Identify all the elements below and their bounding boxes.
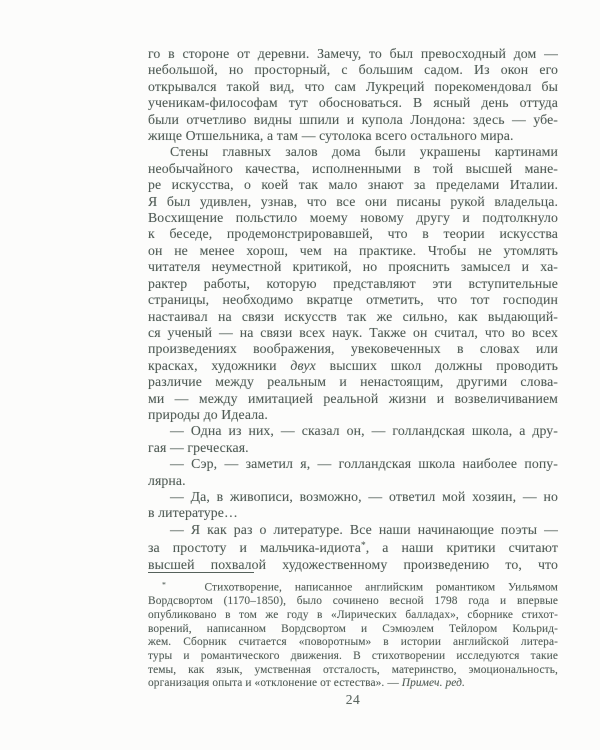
paragraph: — Одна из них, — сказал он, — голландска…: [148, 423, 558, 456]
paragraph: — Я как раз о литературе. Все наши начин…: [148, 522, 558, 573]
text-line: необычайного качества, исполненными в то…: [148, 161, 558, 177]
text-line: к беседе, продемонстрировавшей, что в те…: [148, 226, 558, 242]
text-line: в литературе…: [148, 505, 558, 521]
text-line: жище Отшельника, а там — сутолока всего …: [148, 128, 558, 144]
text-line: красках, художники двух высших школ долж…: [148, 358, 558, 374]
text-line: гая — греческая.: [148, 440, 558, 456]
paragraph: — Да, в живописи, возможно, — ответил мо…: [148, 489, 558, 522]
text-line: ре искусства, о коей так мало знают за п…: [148, 177, 558, 193]
text-line: Восхищение польстило моему новому другу …: [148, 210, 558, 226]
paragraph: го в стороне от деревни. Замечу, то был …: [148, 46, 558, 144]
text-line: настаивал на связи искусств так же сильн…: [148, 309, 558, 325]
paragraph: Стены главных залов дома были украшены к…: [148, 144, 558, 423]
text-line: — Сэр, — заметил я, — голландская школа …: [148, 456, 558, 472]
text-line: опубликовано в том же году в «Лирических…: [148, 609, 558, 623]
text-line: ми — между имитацией реальной жизни и во…: [148, 391, 558, 407]
text-line: го в стороне от деревни. Замечу, то был …: [148, 46, 558, 62]
footnote-separator-rule: [148, 572, 254, 573]
book-page: го в стороне от деревни. Замечу, то был …: [0, 0, 600, 750]
text-line: читателя неуместной критикой, но проясни…: [148, 259, 558, 275]
text-line: высшей похвалой художественному произвед…: [148, 557, 558, 573]
text-line: произведениях воображения, увековеченных…: [148, 341, 558, 357]
text-line: небольшой, но просторный, с большим садо…: [148, 62, 558, 78]
text-line: Вордсвортом (1170–1850), было сочинено в…: [148, 595, 558, 609]
text-line: Стены главных залов дома были украшены к…: [148, 144, 558, 160]
text-line: ворений, написанном Вордсвортом и Сэмюэл…: [148, 623, 558, 637]
text-line: ся ученый — на связи всех наук. Также он…: [148, 325, 558, 341]
text-line: открывался такой вид, что сам Лукреций п…: [148, 79, 558, 95]
page-number: 24: [148, 692, 558, 708]
text-line: Я был удивлен, узнав, что все они писаны…: [148, 194, 558, 210]
text-line: он не менее хорош, чем на практике. Чтоб…: [148, 243, 558, 259]
text-line: туры и романтического движения. В стихот…: [148, 650, 558, 664]
footnote: * Стихотворение, написанное английским р…: [148, 578, 558, 691]
paragraph: * Стихотворение, написанное английским р…: [148, 578, 558, 691]
paragraph: — Сэр, — заметил я, — голландская школа …: [148, 456, 558, 489]
text-line: — Одна из них, — сказал он, — голландска…: [148, 423, 558, 439]
text-line: * Стихотворение, написанное английским р…: [148, 578, 558, 595]
text-line: — Да, в живописи, возможно, — ответил мо…: [148, 489, 558, 505]
text-line: были отчетливо видны шпили и купола Лонд…: [148, 112, 558, 128]
text-line: страницы, необходимо вкратце отметить, ч…: [148, 292, 558, 308]
text-line: жем. Сборник считается «поворотным» в ис…: [148, 636, 558, 650]
text-line: лярна.: [148, 473, 558, 489]
text-line: за простоту и мальчика-идиота*, а наши к…: [148, 538, 558, 557]
text-line: организация опыта и «отклонение от естес…: [148, 677, 558, 691]
body-text: го в стороне от деревни. Замечу, то был …: [148, 46, 558, 573]
text-line: ученикам-философам тут обосноваться. В я…: [148, 95, 558, 111]
text-line: рактер работы, которую представляют эти …: [148, 276, 558, 292]
text-line: различие между реальным и ненастоящим, д…: [148, 374, 558, 390]
text-line: природы до Идеала.: [148, 407, 558, 423]
text-line: — Я как раз о литературе. Все наши начин…: [148, 522, 558, 538]
text-line: темы, как язык, умственная отсталость, м…: [148, 664, 558, 678]
